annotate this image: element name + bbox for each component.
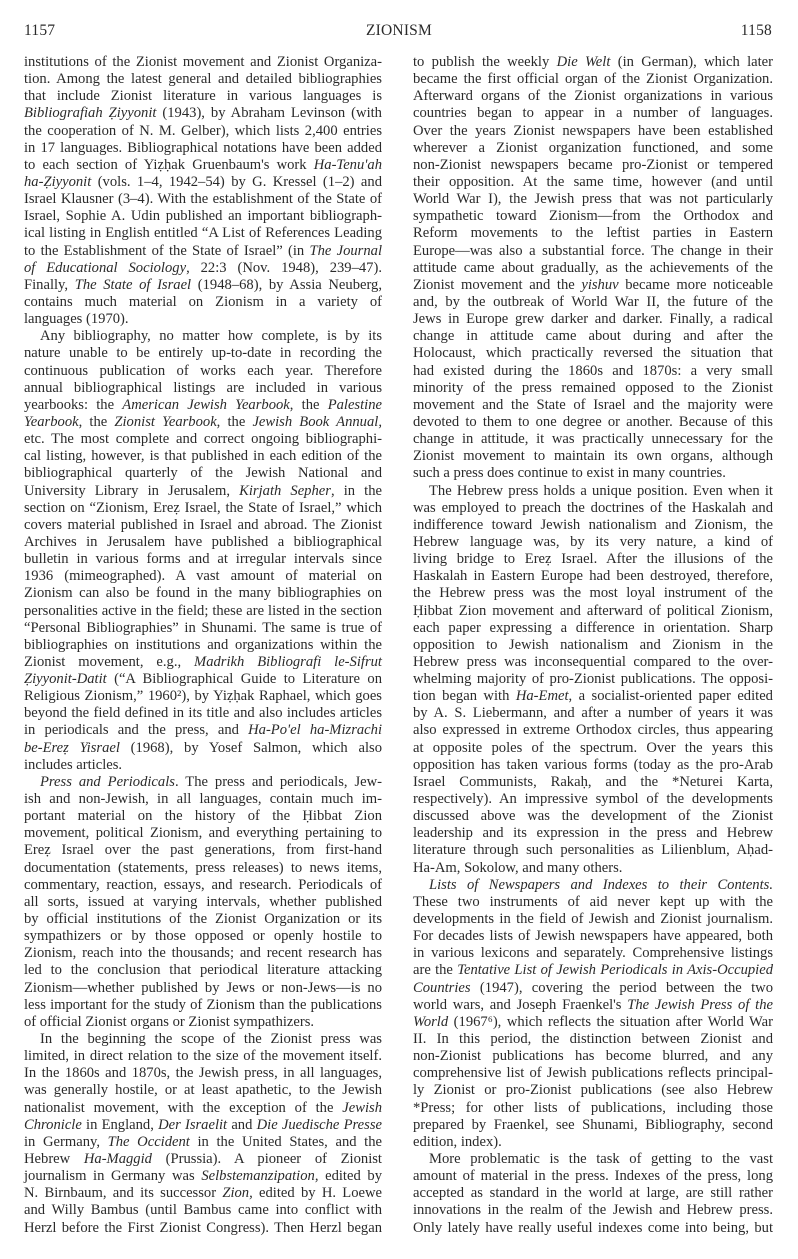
text-line: Hebrew language was, by its very nature,… [413,534,773,551]
text-run: literature through such personalities as… [413,842,773,858]
text-run: Haskalah in Eastern Europe had been dest… [413,568,773,584]
text-line: was generally hostile, or at least apath… [24,1082,382,1099]
text-line: For decades lists of Jewish newspapers h… [413,928,773,945]
encyclopedia-page: 1157 ZIONISM 1158 institutions of the Zi… [0,0,798,1259]
text-line: leadership and its expression in the pre… [413,825,773,842]
text-run: the cooperation of N. M. Gelber), which … [24,123,382,139]
italic-title: Zionist Yearbook [114,414,216,430]
text-run: Hebrew language was, by its very nature,… [413,534,773,550]
italic-title: Yearbook [24,414,79,430]
text-run: , in the [331,483,382,499]
text-run: World War I), the Jewish press that was … [413,191,773,207]
text-line: are the Tentative List of Jewish Periodi… [413,962,773,979]
text-run: in 17 languages. Bibliographical notatio… [24,140,382,156]
text-line: languages (1970). [24,311,382,328]
italic-title: Die Juedische Presse [257,1117,382,1133]
text-line: became the first official organ of the Z… [413,71,773,88]
text-line: change in attitude came about during and… [413,328,773,345]
text-line: World War I), the Jewish press that was … [413,191,773,208]
text-run: Any bibliography, no matter how complete… [40,328,382,344]
text-line: contains much material on Zionism in a v… [24,294,382,311]
text-run: Israel Klausner (3–4). With the establis… [24,191,382,207]
text-run: that include Zionist literature in vario… [24,88,382,104]
text-run: Jews in Europe grew darker and darker. F… [413,311,773,327]
text-run: movement and the State of Israel and the… [413,397,773,413]
text-line: developments in the field of Jewish and … [413,911,773,928]
italic-title: American Jewish Yearbook [122,397,289,413]
text-line: continuous publication of works each yea… [24,363,382,380]
text-run: by official institutions of the Zionist … [24,911,382,927]
text-line: ha-Ẓiyyonit (vols. 1–4, 1942–54) by G. K… [24,174,382,191]
text-run: (vols. 1–4, 1942–54) by G. Kressel (1–2)… [91,174,382,190]
text-line: institutions of the Zionist movement and… [24,54,382,71]
italic-title: Zion, [222,1185,252,1201]
italic-title: The State of Israel [75,277,191,293]
text-run: such a press does continue to exist in m… [413,465,726,481]
text-line: Europe—was also a substantial force. The… [413,243,773,260]
text-line: non-Zionist newspapers became pro-Zionis… [413,157,773,174]
text-run: was generally hostile, or at least apath… [24,1082,382,1098]
text-line: Ha-Am, Sokolow, and many others. [413,860,773,877]
text-run: less important for the study of Zionism … [24,997,382,1013]
text-line: World (1967⁶), which reflects the situat… [413,1014,773,1031]
text-line: to each section of Yiẓḥak Gruenbaum's wo… [24,157,382,174]
italic-title: Der Israelit [158,1117,227,1133]
text-run: , a socialist-oriented paper edited [569,688,773,704]
text-line: Religious Zionism,” 1960²), by Yiẓḥak Ra… [24,688,382,705]
text-run: movement, political Zionism, and everyth… [24,825,382,841]
text-line: Yearbook, the Zionist Yearbook, the Jewi… [24,414,382,431]
text-line: ish and non-Jewish, in all languages, co… [24,791,382,808]
text-run: in England, [82,1117,158,1133]
text-line: section on “Zionism, Ereẓ Israel, the St… [24,500,382,517]
text-line: Jews in Europe grew darker and darker. F… [413,311,773,328]
text-run: comprehensive list of Jewish publication… [413,1065,773,1081]
text-run: Afterward organs of the Zionist organiza… [413,88,773,104]
text-run: For decades lists of Jewish newspapers h… [413,928,773,944]
text-line: led to the conclusion that periodical li… [24,962,382,979]
text-run: section on “Zionism, Ereẓ Israel, the St… [24,500,382,516]
text-line: More problematic is the task of getting … [413,1151,773,1168]
italic-title: The Jewish Press of the [627,997,773,1013]
italic-title: The Journal [309,243,382,259]
text-line: their opposition. At the same time, howe… [413,174,773,191]
text-line: Chronicle in England, Der Israelit and D… [24,1117,382,1134]
text-run: and Willy Bambus (until Bambus came into… [24,1202,382,1218]
text-line: ly Zionist or pro-Zionist publications (… [413,1082,773,1099]
text-line: the Hebrew press was the most loyal inst… [413,585,773,602]
text-run: indifference toward Jewish nationalism a… [413,517,773,533]
text-run: In the 1860s and 1870s, the Jewish press… [24,1065,382,1081]
text-line: Only lately have really useful indexes c… [413,1220,773,1237]
text-line: Israel Klausner (3–4). With the establis… [24,191,382,208]
text-line: of official Zionist organs or Zionist sy… [24,1014,382,1031]
text-line: personalities active in the field; these… [24,603,382,620]
text-line: University Library in Jerusalem, Kirjath… [24,483,382,500]
text-run: Finally, [24,277,75,293]
text-line: These two instruments of aid never kept … [413,894,773,911]
text-run: . The press and periodicals, Jew- [175,774,382,790]
text-run: countries began to appear in a number of… [413,105,773,121]
text-run: accepted as standard in the world at lar… [413,1185,773,1201]
text-line: literature through such personalities as… [413,842,773,859]
text-run: are the [413,962,457,978]
text-run: Religious Zionism,” 1960²), by Yiẓḥak Ra… [24,688,382,704]
text-run: commentary, reaction, essays, and resear… [24,877,382,893]
text-run: Herzl before the First Zionist Congress)… [24,1220,382,1236]
text-line: by A. S. Liebermann, and after a number … [413,705,773,722]
text-line: 1936 (mimeographed). A vast amount of ma… [24,568,382,585]
text-line: to publish the weekly Die Welt (in Germa… [413,54,773,71]
text-run: documentation (statements, press release… [24,860,382,876]
italic-title: be-Ereẓ Yisrael [24,740,120,756]
text-run: world wars, and Joseph Fraenkel's [413,997,627,1013]
text-run: change in attitude came about during and… [413,328,773,344]
text-run: (1948–68), by Assia Neuberg, [191,277,382,293]
text-line: nationalist movement, with the exception… [24,1100,382,1117]
text-run: Over the years Zionist newspapers have b… [413,123,773,139]
text-run: II. In this period, the distinction betw… [413,1031,773,1047]
text-line: N. Birnbaum, and its successor Zion, edi… [24,1185,382,1202]
italic-title: Tentative List of Jewish Periodicals in … [457,962,773,978]
text-line: the cooperation of N. M. Gelber), which … [24,123,382,140]
text-run: ish and non-Jewish, in all languages, co… [24,791,382,807]
text-run: in the United States, and the [190,1134,382,1150]
text-line: Finally, The State of Israel (1948–68), … [24,277,382,294]
text-run: to each section of Yiẓḥak Gruenbaum's wo… [24,157,314,173]
text-line: living bridge to Ereẓ Israel. After the … [413,551,773,568]
text-line: Afterward organs of the Zionist organiza… [413,88,773,105]
text-run: each paper expressing a difference in or… [413,620,773,636]
text-line: amount of material in the press. Indexes… [413,1168,773,1185]
text-run: includes articles. [24,757,122,773]
text-run: Only lately have really useful indexes c… [413,1220,773,1236]
text-run: edited by [318,1168,382,1184]
text-line: portant material on the history of the Ḥ… [24,808,382,825]
text-run: bibliographies on institutions and organ… [24,637,382,653]
text-line: ical listing in English entitled “A List… [24,225,382,242]
text-run: (Prussia). A pioneer of Zionist [152,1151,382,1167]
text-line: innovations in the realm of the Jewish a… [413,1202,773,1219]
text-line: Holocaust, which practically reversed th… [413,345,773,362]
text-line: Hebrew press was inconsequential compare… [413,654,773,671]
italic-title: Ha-Tenu'ah [314,157,382,173]
italic-title: yishuv [581,277,618,293]
text-run: (“A Bibliographical Guide to Literature … [107,671,382,687]
text-line: In the 1860s and 1870s, the Jewish press… [24,1065,382,1082]
text-run: Zionist movement, e.g., [24,654,194,670]
text-line: Ẓiyyonit-Datit (“A Bibliographical Guide… [24,671,382,688]
text-run: respectively). An impressive symbol of t… [413,791,773,807]
text-line: of Educational Sociology, 22:3 (Nov. 194… [24,260,382,277]
italic-title: Jewish [342,1100,382,1116]
text-run: devoted to them to one degree or another… [413,414,773,430]
text-run: of official Zionist organs or Zionist sy… [24,1014,314,1030]
text-line: cal listing, however, is that published … [24,448,382,465]
text-line: Zionist movement and the yishuv became m… [413,277,773,294]
text-run: Ereẓ Israel over the past generations, f… [24,842,382,858]
text-line: bibliographical quarterly of the Jewish … [24,465,382,482]
text-run: in various lexicons and separately. Comp… [413,945,773,961]
text-run: whelming majority of pro-Zionist publica… [413,671,773,687]
text-run: “Personal Bibliographies” in Shunami. Th… [24,620,382,636]
italic-title: Selbstemanzipation, [201,1168,318,1184]
text-run: by A. S. Liebermann, and after a number … [413,705,773,721]
text-run: personalities active in the field; these… [24,603,382,619]
text-run: and [227,1117,256,1133]
text-line: Reform movements to the leftist parties … [413,225,773,242]
text-run: Zionist movement and the [413,277,581,293]
text-line: and Willy Bambus (until Bambus came into… [24,1202,382,1219]
text-line: Israel, Sophie A. Udin published an impo… [24,208,382,225]
text-line: all sorts, issued at varying intervals, … [24,894,382,911]
running-title: ZIONISM [0,22,798,40]
italic-title: Bibliografiah Ẓiyyonit [24,105,156,121]
text-run: ical listing in English entitled “A List… [24,225,382,241]
text-run: Archives in Jerusalem have published a b… [24,534,382,550]
text-run: nationalist movement, with the exception… [24,1100,342,1116]
text-line: sympathizers or by those opposed or open… [24,928,382,945]
text-run: also expressed in extreme Orthodox circl… [413,722,773,738]
text-line: such a press does continue to exist in m… [413,465,773,482]
text-line: II. In this period, the distinction betw… [413,1031,773,1048]
text-line: Any bibliography, no matter how complete… [24,328,382,345]
text-run: (1968), by Yosef Salmon, which also [120,740,382,756]
text-run: (1947), covering the period between the … [471,980,773,996]
text-line: Zionism—whether published by Jews or non… [24,980,382,997]
text-line: Press and Periodicals. The press and per… [24,774,382,791]
text-run: innovations in the realm of the Jewish a… [413,1202,773,1218]
text-line: in Germany, The Occident in the United S… [24,1134,382,1151]
text-run: covers material published in Israel and … [24,517,382,533]
text-column-left: institutions of the Zionist movement and… [24,54,382,1237]
text-run: edition, index). [413,1134,502,1150]
text-line: Hebrew Ha-Maggid (Prussia). A pioneer of… [24,1151,382,1168]
text-line: bulletin in various forms and at irregul… [24,551,382,568]
italic-title: Chronicle [24,1117,82,1133]
text-run: These two instruments of aid never kept … [413,894,773,910]
italic-title: Ha-Maggid [84,1151,152,1167]
text-line: Zionism can also be found in the many bi… [24,585,382,602]
text-line: devoted to them to one degree or another… [413,414,773,431]
text-run: , the [217,414,253,430]
text-run: Zionism—whether published by Jews or non… [24,980,382,996]
text-run: Ha-Am, Sokolow, and many others. [413,860,622,876]
italic-title: Die Welt [557,54,611,70]
text-line: accepted as standard in the world at lar… [413,1185,773,1202]
italic-title: Ha-Emet [516,688,569,704]
text-run: edited by H. Loewe [253,1185,382,1201]
text-run: tion. Among the latest general and detai… [24,71,382,87]
text-line: had existed during the 1860s and 1870s: … [413,363,773,380]
text-run: , 22:3 (Nov. 1948), 239–47). [186,260,382,276]
text-run: non-Zionist newspapers became pro-Zionis… [413,157,773,173]
text-line: movement and the State of Israel and the… [413,397,773,414]
text-run: institutions of the Zionist movement and… [24,54,382,70]
text-line: Lists of Newspapers and Indexes to their… [413,877,773,894]
text-run: *Press; for other lists of publications,… [413,1100,773,1116]
text-run: bibliographical quarterly of the Jewish … [24,465,382,481]
text-run: all sorts, issued at varying intervals, … [24,894,382,910]
text-line: was employed to preach the doctrines of … [413,500,773,517]
italic-title: Jewish Book Annual, [252,414,382,430]
text-line: and, by the outbreak of World War II, th… [413,294,773,311]
text-run: in Germany, [24,1134,108,1150]
text-line: “Personal Bibliographies” in Shunami. Th… [24,620,382,637]
text-line: The Hebrew press holds a unique position… [413,483,773,500]
text-run: Zionist movement to maintain its own org… [413,448,773,464]
text-run: ly Zionist or pro-Zionist publications (… [413,1082,773,1098]
text-run: Zionism can also be found in the many bi… [24,585,382,601]
text-run: (in German), which later [610,54,773,70]
text-line: covers material published in Israel and … [24,517,382,534]
text-run: beyond the field defined in its title an… [24,705,382,721]
italic-title: World [413,1014,448,1030]
text-run: opposition to Jewish nationalism and Zio… [413,637,773,653]
text-run: cal listing, however, is that published … [24,448,382,464]
text-run: annual bibliographical listings are incl… [24,380,382,396]
text-line: Israel Communists, Rakaḥ, and the *Netur… [413,774,773,791]
text-line: Haskalah in Eastern Europe had been dest… [413,568,773,585]
text-line: edition, index). [413,1134,773,1151]
text-run: leadership and its expression in the pre… [413,825,773,841]
text-run: Zionism, reach into the thousands; and r… [24,945,382,961]
text-run: prepared by Fraenkel, see Shunami, Bibli… [413,1117,773,1133]
text-line: also expressed in extreme Orthodox circl… [413,722,773,739]
text-run: nature unable to be entirely up-to-date … [24,345,382,361]
text-run: in periodicals and the press, and [24,722,248,738]
text-line: Herzl before the First Zionist Congress)… [24,1220,382,1237]
italic-title: Countries [413,980,471,996]
italic-title: Ẓiyyonit-Datit [24,671,107,687]
text-line: indifference toward Jewish nationalism a… [413,517,773,534]
text-run: to the Establishment of the State of Isr… [24,243,309,259]
text-run: amount of material in the press. Indexes… [413,1168,773,1184]
text-line: includes articles. [24,757,382,774]
text-line: Archives in Jerusalem have published a b… [24,534,382,551]
text-line: journalism in Germany was Selbstemanzipa… [24,1168,382,1185]
text-line: documentation (statements, press release… [24,860,382,877]
page-number-right: 1158 [741,22,772,40]
text-line: Zionism, reach into the thousands; and r… [24,945,382,962]
text-line: change in attitude, it was practically u… [413,431,773,448]
text-run: bulletin in various forms and at irregul… [24,551,382,567]
text-line: at opposite poles of the spectrum. Over … [413,740,773,757]
text-run: wherever a Zionist organization function… [413,140,773,156]
text-line: whelming majority of pro-Zionist publica… [413,671,773,688]
text-run: The Hebrew press holds a unique position… [429,483,773,499]
text-line: attitude came about gradually, as the ac… [413,260,773,277]
text-run: to publish the weekly [413,54,557,70]
text-line: discussed above was the development of t… [413,808,773,825]
text-run: More problematic is the task of getting … [429,1151,773,1167]
text-line: movement, political Zionism, and everyth… [24,825,382,842]
text-line: countries began to appear in a number of… [413,105,773,122]
text-line: world wars, and Joseph Fraenkel's The Je… [413,997,773,1014]
italic-title: Madrikh Bibliografi le-Sifrut [194,654,382,670]
text-run: the Hebrew press was the most loyal inst… [413,585,773,601]
text-run: (1943), by Abraham Levinson (with [156,105,382,121]
text-line: Ḥibbat Zion movement and afterward of po… [413,603,773,620]
text-line: minority of the press remained opposed t… [413,380,773,397]
text-run: non-Zionist publications has become blur… [413,1048,773,1064]
italic-title: Press and Periodicals [40,774,175,790]
text-run: Hebrew [24,1151,84,1167]
text-run: limited, in direct relation to the size … [24,1048,382,1064]
text-line: opposition has taken various forms (toda… [413,757,773,774]
text-line: prepared by Fraenkel, see Shunami, Bibli… [413,1117,773,1134]
italic-title: Kirjath Sepher [239,483,331,499]
text-run: at opposite poles of the spectrum. Over … [413,740,773,756]
text-run: 1936 (mimeographed). A vast amount of ma… [24,568,382,584]
text-run: continuous publication of works each yea… [24,363,382,379]
text-run: tion began with [413,688,516,704]
text-run: led to the conclusion that periodical li… [24,962,382,978]
text-run: became the first official organ of the Z… [413,71,773,87]
text-line: beyond the field defined in its title an… [24,705,382,722]
text-line: Zionist movement, e.g., Madrikh Bibliogr… [24,654,382,671]
text-run: was employed to preach the doctrines of … [413,500,773,516]
text-run: became more noticeable [619,277,773,293]
italic-title: Ha-Po'el ha-Mizrachi [248,722,382,738]
text-line: tion began with Ha-Emet, a socialist-ori… [413,688,773,705]
text-run: Israel Communists, Rakaḥ, and the *Netur… [413,774,773,790]
text-line: Countries (1947), covering the period be… [413,980,773,997]
italic-title: of Educational Sociology [24,260,186,276]
text-line: bibliographies on institutions and organ… [24,637,382,654]
text-line: comprehensive list of Jewish publication… [413,1065,773,1082]
text-line: by official institutions of the Zionist … [24,911,382,928]
italic-title: The Occident [108,1134,190,1150]
text-line: limited, in direct relation to the size … [24,1048,382,1065]
italic-title: ha-Ẓiyyonit [24,174,91,190]
text-line: annual bibliographical listings are incl… [24,380,382,397]
text-line: sympathetic toward Zionism—from the Orth… [413,208,773,225]
text-run: sympathizers or by those opposed or open… [24,928,382,944]
text-run: languages (1970). [24,311,129,327]
text-run: had existed during the 1860s and 1870s: … [413,363,773,379]
text-run: developments in the field of Jewish and … [413,911,773,927]
text-line: commentary, reaction, essays, and resear… [24,877,382,894]
text-run: In the beginning the scope of the Zionis… [40,1031,382,1047]
text-run: University Library in Jerusalem, [24,483,239,499]
text-run: , the [79,414,115,430]
text-run: attitude came about gradually, as the ac… [413,260,773,276]
text-run: etc. The most complete and correct ongoi… [24,431,382,447]
text-line: etc. The most complete and correct ongoi… [24,431,382,448]
text-run: change in attitude, it was practically u… [413,431,773,447]
text-line: nature unable to be entirely up-to-date … [24,345,382,362]
text-run: discussed above was the development of t… [413,808,773,824]
text-line: tion. Among the latest general and detai… [24,71,382,88]
text-line: In the beginning the scope of the Zionis… [24,1031,382,1048]
text-run: Ḥibbat Zion movement and afterward of po… [413,603,773,619]
text-column-right: to publish the weekly Die Welt (in Germa… [413,54,773,1237]
text-line: that include Zionist literature in vario… [24,88,382,105]
text-line: Zionist movement to maintain its own org… [413,448,773,465]
italic-title: Palestine [328,397,382,413]
text-run: sympathetic toward Zionism—from the Orth… [413,208,773,224]
text-line: be-Ereẓ Yisrael (1968), by Yosef Salmon,… [24,740,382,757]
text-line: each paper expressing a difference in or… [413,620,773,637]
text-line: less important for the study of Zionism … [24,997,382,1014]
text-run: (1967⁶), which reflects the situation af… [448,1014,773,1030]
text-line: Bibliografiah Ẓiyyonit (1943), by Abraha… [24,105,382,122]
text-line: yearbooks: the American Jewish Yearbook,… [24,397,382,414]
text-line: respectively). An impressive symbol of t… [413,791,773,808]
text-line: to the Establishment of the State of Isr… [24,243,382,260]
text-line: non-Zionist publications has become blur… [413,1048,773,1065]
